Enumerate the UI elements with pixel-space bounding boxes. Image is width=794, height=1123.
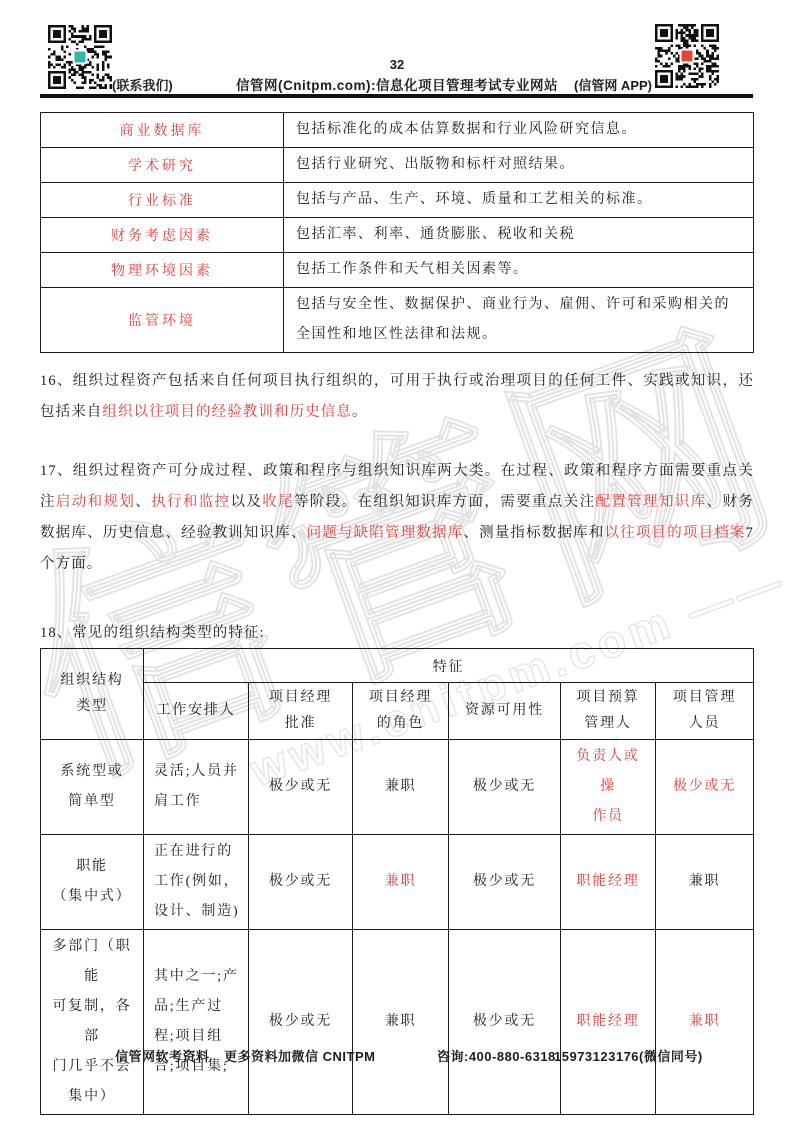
text-segment: 配置管理知识库 bbox=[596, 494, 707, 510]
org-structure-table: 组织结构类型 特征 工作安排人 项目经理批准 项目经理的角色 资源可用性 项目预… bbox=[40, 648, 754, 1115]
cell: 其中之一;产品;生产过程;项目组合;项目集; bbox=[144, 930, 249, 1115]
cell: 极少或无 bbox=[249, 740, 353, 835]
table-row: 职能（集中式） 正在进行的工作(例如，设计、制造) 极少或无 兼职 极少或无 职… bbox=[41, 835, 754, 930]
org-type-cell: 多部门（职能可复制，各部门几乎不会集中） bbox=[41, 930, 144, 1115]
column-header: 资源可用性 bbox=[449, 683, 561, 740]
feature-span-header: 特征 bbox=[144, 649, 754, 683]
row-desc: 包括与产品、生产、环境、质量和工艺相关的标准。 bbox=[284, 183, 754, 218]
cell: 极少或无 bbox=[249, 930, 353, 1115]
cell: 兼职 bbox=[656, 835, 754, 930]
text-segment: 启动和规划 bbox=[56, 494, 135, 510]
org-type-cell: 职能（集中式） bbox=[41, 835, 144, 930]
column-header: 项目经理批准 bbox=[249, 683, 353, 740]
table-row: 物理环境因素 包括工作条件和天气相关因素等。 bbox=[41, 253, 754, 288]
row-label: 行业标准 bbox=[41, 183, 284, 218]
cell: 兼职 bbox=[656, 930, 754, 1115]
row-label: 商业数据库 bbox=[41, 113, 284, 148]
table-row: 监管环境 包括与安全性、数据保护、商业行为、雇佣、许可和采购相关的全国性和地区性… bbox=[41, 288, 754, 353]
header-row-2: 工作安排人 项目经理批准 项目经理的角色 资源可用性 项目预算管理人 项目管理人… bbox=[41, 683, 754, 740]
row-label: 监管环境 bbox=[41, 288, 284, 353]
paragraph-16: 16、组织过程资产包括来自任何项目执行组织的，可用于执行或治理项目的任何工件、实… bbox=[40, 366, 754, 428]
footer-hotline: 咨询:400-880-6318 bbox=[437, 1046, 556, 1065]
column-header: 项目管理人员 bbox=[656, 683, 754, 740]
cell: 职能经理 bbox=[561, 930, 656, 1115]
row-desc: 包括与安全性、数据保护、商业行为、雇佣、许可和采购相关的全国性和地区性法律和法规… bbox=[284, 288, 754, 353]
footer-brand: 信管网软考资料 bbox=[115, 1046, 210, 1065]
text-segment: 、 bbox=[135, 494, 151, 510]
app-caption: (信管网 APP) bbox=[574, 75, 652, 94]
footer-phone: 15973123176(微信同号) bbox=[554, 1046, 703, 1065]
org-type-cell: 系统型或简单型 bbox=[41, 740, 144, 835]
corner-header: 组织结构类型 bbox=[41, 649, 144, 740]
row-desc: 包括汇率、利率、通货膨胀、税收和关税 bbox=[284, 218, 754, 253]
row-desc: 包括工作条件和天气相关因素等。 bbox=[284, 253, 754, 288]
text-segment: 以及 bbox=[230, 494, 262, 510]
site-title: 信管网(Cnitpm.com):信息化项目管理考试专业网站 bbox=[0, 74, 794, 94]
column-header: 工作安排人 bbox=[144, 683, 249, 740]
table-row: 多部门（职能可复制，各部门几乎不会集中） 其中之一;产品;生产过程;项目组合;项… bbox=[41, 930, 754, 1115]
cell: 灵活;人员并肩工作 bbox=[144, 740, 249, 835]
paragraph-17: 17、组织过程资产可分成过程、政策和程序与组织知识库两大类。在过程、政策和程序方… bbox=[40, 456, 754, 580]
table-row: 行业标准 包括与产品、生产、环境、质量和工艺相关的标准。 bbox=[41, 183, 754, 218]
text-segment: 以往项目的项目档案 bbox=[605, 525, 746, 541]
table-row: 系统型或简单型 灵活;人员并肩工作 极少或无 兼职 极少或无 负责人或操作员 极… bbox=[41, 740, 754, 835]
column-header: 项目经理的角色 bbox=[353, 683, 449, 740]
header-row-1: 组织结构类型 特征 bbox=[41, 649, 754, 683]
cell: 负责人或操作员 bbox=[561, 740, 656, 835]
document-page: 信管网 www.cnitpm.com —— (联系我们) 32 信管网(Cnit… bbox=[0, 0, 794, 1123]
text-segment: 等阶段。在组织知识库方面，需要重点关注 bbox=[294, 494, 596, 510]
table-row: 学术研究 包括行业研究、出版物和标杆对照结果。 bbox=[41, 148, 754, 183]
cell: 职能经理 bbox=[561, 835, 656, 930]
row-label: 财务考虑因素 bbox=[41, 218, 284, 253]
table-row: 财务考虑因素 包括汇率、利率、通货膨胀、税收和关税 bbox=[41, 218, 754, 253]
cell: 极少或无 bbox=[249, 835, 353, 930]
row-label: 学术研究 bbox=[41, 148, 284, 183]
paragraph-18-heading: 18、常见的组织结构类型的特征: bbox=[40, 618, 754, 649]
table-row: 商业数据库 包括标准化的成本估算数据和行业风险研究信息。 bbox=[41, 113, 754, 148]
text-segment: 组织以往项目的经验教训和历史信息 bbox=[102, 404, 352, 420]
footer-wechat: 更多资料加微信 CNITPM bbox=[224, 1046, 375, 1065]
text-segment: 执行和监控 bbox=[151, 494, 230, 510]
row-desc: 包括行业研究、出版物和标杆对照结果。 bbox=[284, 148, 754, 183]
text-segment: 问题与缺陷管理数据库 bbox=[307, 525, 464, 541]
environment-factors-table: 商业数据库 包括标准化的成本估算数据和行业风险研究信息。 学术研究 包括行业研究… bbox=[40, 112, 754, 353]
row-label: 物理环境因素 bbox=[41, 253, 284, 288]
cell: 兼职 bbox=[353, 835, 449, 930]
cell: 极少或无 bbox=[449, 930, 561, 1115]
text-segment: 。 bbox=[352, 404, 368, 420]
cell: 正在进行的工作(例如，设计、制造) bbox=[144, 835, 249, 930]
column-header: 项目预算管理人 bbox=[561, 683, 656, 740]
cell: 极少或无 bbox=[449, 835, 561, 930]
cell: 极少或无 bbox=[449, 740, 561, 835]
page-number: 32 bbox=[0, 57, 794, 72]
text-segment: 、测量指标数据库和 bbox=[463, 525, 604, 541]
header-divider bbox=[40, 94, 753, 98]
cell: 兼职 bbox=[353, 930, 449, 1115]
cell: 兼职 bbox=[353, 740, 449, 835]
cell: 极少或无 bbox=[656, 740, 754, 835]
text-segment: 收尾 bbox=[262, 494, 294, 510]
row-desc: 包括标准化的成本估算数据和行业风险研究信息。 bbox=[284, 113, 754, 148]
